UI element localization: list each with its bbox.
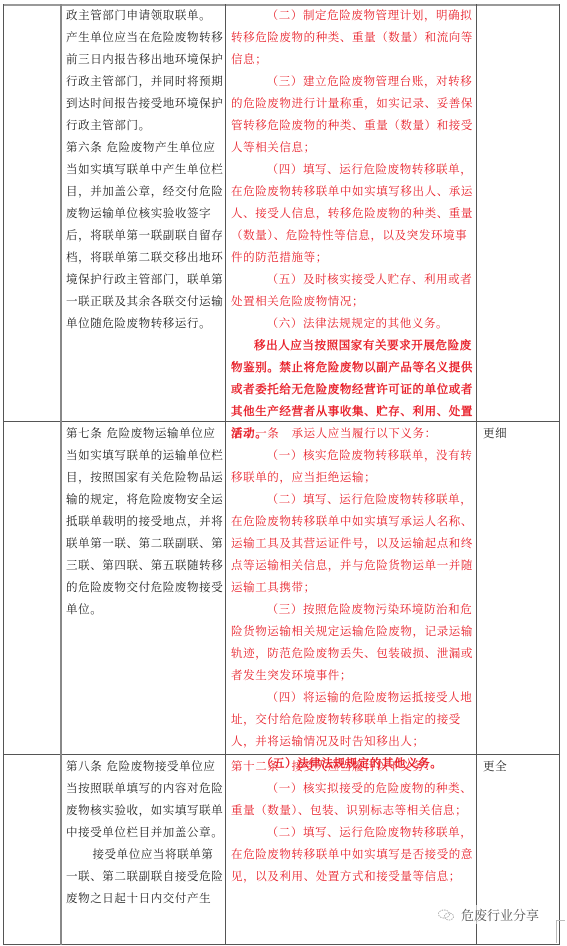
- old-regulation-cell: 政主管部门申请领取联单。 产生单位应当在危险废物转移前三日内报告移出地环境保护行…: [66, 4, 224, 334]
- old-text-paragraph: 第八条 危险废物接受单位应当按照联单填写的内容对危险废物核实验收，如实填写联单中…: [66, 755, 224, 843]
- comparison-table: 政主管部门申请领取联单。 产生单位应当在危险废物转移前三日内报告移出地环境保护行…: [3, 4, 560, 946]
- watermark-text: 危废行业分享: [461, 905, 539, 924]
- new-regulation-cell: 第十一条 承运人应当履行以下义务： （一）核实危险废物转移联单，没有转移联单的，…: [231, 422, 473, 774]
- col-border-1: [60, 4, 62, 945]
- watermark: 危废行业分享: [437, 905, 539, 924]
- old-text-paragraph: 政主管部门申请领取联单。: [66, 4, 224, 26]
- old-regulation-cell: 第八条 危险废物接受单位应当按照联单填写的内容对危险废物核实验收，如实填写联单中…: [66, 755, 224, 909]
- new-text-heading: 第十一条 承运人应当履行以下义务：: [231, 422, 473, 444]
- old-regulation-cell: 第七条 危险废物运输单位应当如实填写联单的运输单位栏目，按照国家有关危险物品运输…: [66, 422, 224, 620]
- new-regulation-cell: （二）制定危险废物管理计划，明确拟转移危险废物的种类、重量（数量）和流向等信息；…: [231, 4, 473, 444]
- new-text-heading: 第十二条 接受人应当履行以下义务：: [231, 755, 473, 777]
- old-text-paragraph: 产生单位应当在危险废物转移前三日内报告移出地环境保护行政主管部门，并同时将预期到…: [66, 26, 224, 136]
- new-text-paragraph: （五）及时核实接受人贮存、利用或者处置相关危险废物情况；: [231, 268, 473, 312]
- old-text-paragraph: 接受单位应当将联单第一联、第二联副联自接受危险废物之日起十日内交付产生: [66, 843, 224, 909]
- col-border-left: [3, 4, 4, 945]
- new-text-paragraph: （一）核实拟接受的危险废物的种类、重量（数量）、包装、识别标志等相关信息；: [231, 777, 473, 821]
- old-text-paragraph: 第七条 危险废物运输单位应当如实填写联单的运输单位栏目，按照国家有关危险物品运输…: [66, 422, 224, 620]
- col-border-right: [559, 4, 560, 945]
- col-border-2: [225, 4, 226, 945]
- new-regulation-cell: 第十二条 接受人应当履行以下义务： （一）核实拟接受的危险废物的种类、重量（数量…: [231, 755, 473, 887]
- col-border-3: [476, 4, 477, 945]
- old-text-paragraph: 第六条 危险废物产生单位应当如实填写联单中产生单位栏目，并加盖公章，经交付危险废…: [66, 136, 224, 334]
- new-text-paragraph: （二）制定危险废物管理计划，明确拟转移危险废物的种类、重量（数量）和流向等信息；: [231, 4, 473, 70]
- note-cell: 更细: [483, 422, 555, 444]
- note-cell: 更全: [483, 755, 555, 777]
- new-text-paragraph: （二）填写、运行危险废物转移联单，在危险废物转移联单中如实填写承运人名称、运输工…: [231, 488, 473, 598]
- new-text-paragraph: （四）填写、运行危险废物转移联单，在危险废物转移联单中如实填写移出人、承运人、接…: [231, 158, 473, 268]
- new-text-paragraph: （一）核实危险废物转移联单，没有转移联单的，应当拒绝运输；: [231, 444, 473, 488]
- wechat-icon: [437, 909, 455, 921]
- new-text-paragraph: （二）填写、运行危险废物转移联单，在危险废物转移联单中如实填写是否接受的意见，以…: [231, 821, 473, 887]
- new-text-paragraph: （四）将运输的危险废物运抵接受人地址，交付给危险废物转移联单上指定的接受人，并将…: [231, 686, 473, 752]
- new-text-paragraph: （三）按照危险废物污染环境防治和危险货物运输相关规定运输危险废物，记录运输轨迹，…: [231, 598, 473, 686]
- new-text-paragraph: （六）法律法规规定的其他义务。: [231, 312, 473, 334]
- new-text-paragraph: （三）建立危险废物管理台账，对转移的危险废物进行计量称重，如实记录、妥善保管转移…: [231, 70, 473, 158]
- corner-mark: [556, 920, 565, 943]
